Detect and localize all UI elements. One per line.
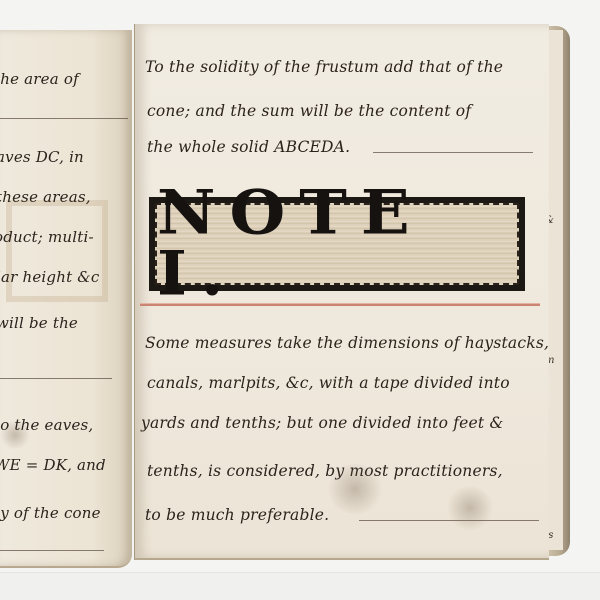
end-of-line-rule (373, 152, 533, 153)
left-line-3: these areas, (0, 188, 91, 206)
body-line-3: yards and tenths; but one divided into f… (141, 414, 503, 432)
top-line-2: cone; and the sum will be the content of (147, 102, 471, 120)
left-line-5: lar height &c (0, 268, 99, 286)
left-line-2: aves DC, in (0, 148, 84, 166)
left-line-4: oduct; multi- (0, 228, 94, 246)
note-banner-inner: NOTE I. (155, 203, 519, 285)
top-line-3: the whole solid ABCEDA. (147, 138, 350, 156)
left-line-8: WE = DK, and (0, 456, 106, 474)
left-rule (0, 118, 128, 119)
bleed-through-N (6, 200, 108, 302)
left-line-7: to the eaves, (0, 416, 93, 434)
note-banner: NOTE I. (149, 197, 525, 291)
left-line-9: ty of the cone (0, 504, 101, 522)
body-line-2: canals, marlpits, &c, with a tape divide… (147, 374, 510, 392)
ink-stain (325, 464, 385, 514)
body-line-4: tenths, is considered, by most practitio… (147, 462, 503, 480)
ink-stain (445, 486, 495, 530)
left-line-1: the area of (0, 70, 79, 88)
note-title: NOTE I. (157, 183, 517, 305)
top-line-1: To the solidity of the frustum add that … (145, 58, 503, 76)
body-line-1: Some measures take the dimensions of hay… (145, 334, 549, 352)
left-rule (0, 550, 104, 551)
body-line-5: to be much preferable. (145, 506, 329, 524)
left-rule (0, 378, 112, 379)
red-rule-line (140, 303, 540, 306)
table-surface (0, 572, 600, 600)
left-page: the area of aves DC, in these areas, odu… (0, 30, 132, 568)
left-line-6: will be the (0, 314, 78, 332)
